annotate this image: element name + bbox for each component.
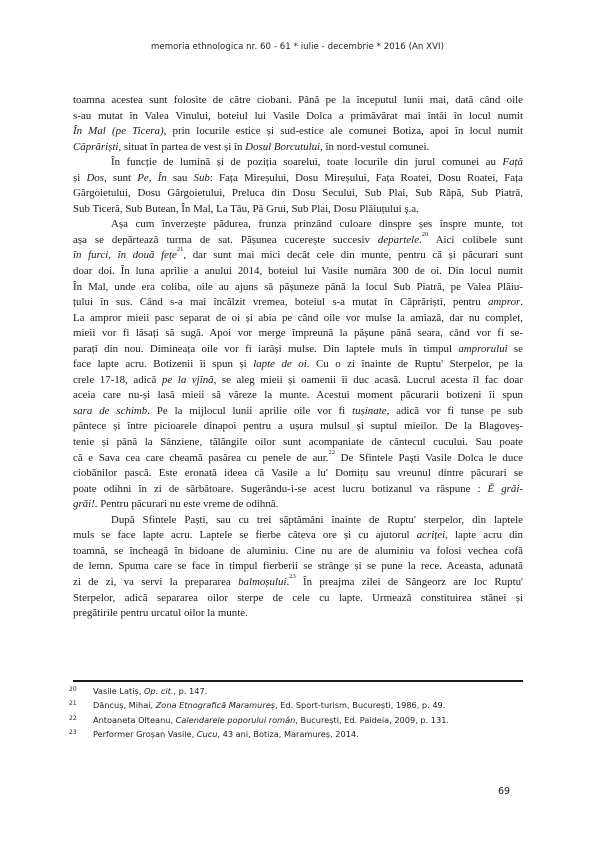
- text-run: poate odihni în zi de sărbătoare. Sugerâ…: [73, 483, 488, 495]
- text-run: Aici colibele sunt: [428, 234, 523, 246]
- italic-term: Calendarele poporului român: [176, 715, 296, 725]
- text-line: că e Sava cea care cheamă pasărea cu pen…: [73, 451, 523, 467]
- footnote-ref[interactable]: 20: [422, 231, 429, 238]
- footnote-text: Vasile Latiș, Op. cit., p. 147.: [93, 684, 207, 698]
- italic-term: pe la vjînă: [162, 374, 214, 386]
- text-line: pântece și între picioarele dinapoi pent…: [73, 419, 523, 435]
- italic-term: Zona Etnografică Maramureș: [156, 700, 275, 710]
- text-run: , prin locurile estice și sud-estice ale…: [164, 125, 523, 137]
- text-run: ciobănilor pască. Este eronată ideea că …: [73, 467, 523, 479]
- text-line: poate odihni în zi de sărbătoare. Sugerâ…: [73, 482, 523, 498]
- footnote: 23Performer Groșan Vasile, Cucu, 43 ani,…: [65, 727, 525, 741]
- text-run: , p. 147.: [173, 686, 207, 696]
- italic-term: Pe: [137, 172, 149, 184]
- footnote-text: Performer Groșan Vasile, Cucu, 43 ani, B…: [93, 727, 359, 741]
- text-run: că e Sava cea care cheamă pasărea cu pen…: [73, 452, 329, 464]
- text-run: : Fața Mireșului, Dosu Mireșului, Fața R…: [210, 172, 523, 184]
- text-line: Așa cum înverzește pădurea, frunza prinz…: [73, 217, 523, 233]
- footnote-number: 22: [65, 712, 93, 726]
- italic-term: amprorului: [458, 343, 507, 355]
- footnote-ref[interactable]: 21: [177, 246, 184, 253]
- text-run: și: [73, 172, 86, 184]
- italic-term: Căprăriști: [73, 141, 118, 153]
- text-line: așa se depărtează turma de sat. Pășunea …: [73, 233, 523, 249]
- text-run: , se aleg mieii și oamenii îi duc acasă.…: [214, 374, 523, 386]
- text-line: Căprăriști, situat în partea de vest și …: [73, 140, 523, 156]
- text-line: Sub Ticeră, Sub Butean, În Mal, La Tău, …: [73, 202, 523, 218]
- italic-term: grăi!: [73, 498, 95, 510]
- text-line: ciobănilor pască. Este eronată ideea că …: [73, 466, 523, 482]
- text-run: , sunt: [104, 172, 137, 184]
- text-run: zi de zi, va servi la prepararea: [73, 576, 238, 588]
- text-run: doar doi. În luna aprilie a anului 2014,…: [73, 265, 523, 277]
- text-run: țului în sus. Când s-a mai încălzit vrem…: [73, 296, 488, 308]
- text-run: s-au mutat în Valea Vinului, boteiul lui…: [73, 110, 523, 122]
- text-run: aceia care nu-și lasă mieii să văreze la…: [73, 389, 523, 401]
- text-line: mieii vor fi lăsați să sugă. Apoi vor me…: [73, 326, 523, 342]
- text-run: , în nord-vestul comunei.: [320, 141, 429, 153]
- italic-term: Sub: [194, 172, 210, 184]
- text-run: În Mal, unde era coliba, oile au ajuns s…: [73, 281, 523, 293]
- text-run: , 43 ani, Botiza, Maramureș, 2014.: [217, 729, 358, 739]
- italic-term: sara de schimb: [73, 405, 147, 417]
- text-run: . Pentru păcurari nu este vreme de odihn…: [95, 498, 279, 510]
- text-line: toamna acestea sunt folosite de către ci…: [73, 93, 523, 109]
- text-run: La ampror mieii pasc separat de oi și ab…: [73, 312, 523, 324]
- text-run: Performer Groșan Vasile,: [93, 729, 197, 739]
- text-line: După Sfintele Paști, sau cu trei săptămâ…: [73, 513, 523, 529]
- text-line: doar doi. În luna aprilie a anului 2014,…: [73, 264, 523, 280]
- text-run: , București, Ed. Paideia, 2009, p. 131.: [295, 715, 449, 725]
- text-run: de lemn. Spuma care se face în timpul fi…: [73, 560, 523, 572]
- text-line: face lapte acru. Botizenii îi spun și la…: [73, 357, 523, 373]
- page-number: 69: [498, 786, 510, 797]
- text-line: tenie și până la Sânziene, tălăngile oil…: [73, 435, 523, 451]
- text-run: pregătirile pentru urcatul oilor la munt…: [73, 607, 248, 619]
- text-run: În preajma zilei de Sângeorz are loc Rup…: [296, 576, 523, 588]
- italic-term: balmoșului: [238, 576, 286, 588]
- italic-term: acriței: [417, 529, 445, 541]
- running-head: memoria ethnologica nr. 60 - 61 * iulie …: [0, 42, 595, 52]
- text-run: așa se depărtează turma de sat. Pășunea …: [73, 234, 378, 246]
- text-run: Așa cum înverzește pădurea, frunza prinz…: [111, 218, 523, 230]
- italic-term: Dos: [86, 172, 104, 184]
- italic-term: în furci, în două fețe: [73, 249, 177, 261]
- text-run: Sterpelor, adică separarea oilor sterpe …: [73, 592, 523, 604]
- text-line: de lemn. Spuma care se face în timpul fi…: [73, 559, 523, 575]
- footnote-separator-rule: [73, 680, 523, 682]
- text-run: Dăncuș, Mihai,: [93, 700, 156, 710]
- text-line: s-au mutat în Valea Vinului, boteiul lui…: [73, 109, 523, 125]
- footnote: 20Vasile Latiș, Op. cit., p. 147.: [65, 684, 525, 698]
- italic-term: În Mal (pe Ticera): [73, 125, 164, 137]
- italic-term: În: [158, 172, 167, 184]
- footnote-number: 20: [65, 683, 93, 697]
- footnote-ref[interactable]: 23: [289, 573, 296, 580]
- text-run: crele 17-18, adică: [73, 374, 162, 386]
- text-run: De Sfintele Paști Vasile Dolca le duce: [335, 452, 523, 464]
- footnotes: 20Vasile Latiș, Op. cit., p. 147.21Dăncu…: [65, 684, 525, 741]
- text-line: toamnă, se încheagă în bidoane de alumin…: [73, 544, 523, 560]
- text-line: Sterpelor, adică separarea oilor sterpe …: [73, 591, 523, 607]
- footnote-ref[interactable]: 22: [329, 449, 336, 456]
- text-run: .: [520, 296, 523, 308]
- text-run: Vasile Latiș,: [93, 686, 144, 696]
- text-line: muls se face lapte acru. Laptele se fier…: [73, 528, 523, 544]
- footnote-number: 21: [65, 697, 93, 711]
- text-run: ,: [149, 172, 158, 184]
- text-run: face lapte acru. Botizenii îi spun și: [73, 358, 253, 370]
- italic-term: lapte de oi: [253, 358, 307, 370]
- italic-term: Față: [502, 156, 523, 168]
- italic-term: tușinate: [352, 405, 387, 417]
- text-run: , adică vor fi tunse pe sub: [387, 405, 523, 417]
- text-line: țului în sus. Când s-a mai încălzit vrem…: [73, 295, 523, 311]
- italic-term: Op. cit.: [144, 686, 173, 696]
- text-line: În Mal, unde era coliba, oile au ajuns s…: [73, 280, 523, 296]
- text-run: sau: [167, 172, 194, 184]
- italic-term: departele: [378, 234, 419, 246]
- text-run: , lapte acru din: [445, 529, 523, 541]
- italic-term: Dosul Borcutului: [245, 141, 320, 153]
- text-line: În Mal (pe Ticera), prin locurile estice…: [73, 124, 523, 140]
- italic-term: Ě grăi-: [488, 483, 523, 495]
- text-run: toamnă, se încheagă în bidoane de alumin…: [73, 545, 523, 557]
- text-line: crele 17-18, adică pe la vjînă, se aleg …: [73, 373, 523, 389]
- footnote: 22Antoaneta Olteanu, Calendarele poporul…: [65, 713, 525, 727]
- text-line: zi de zi, va servi la prepararea balmoșu…: [73, 575, 523, 591]
- text-run: Antoaneta Olteanu,: [93, 715, 176, 725]
- text-run: . Pe la mijlocul lunii aprilie oile vor …: [147, 405, 352, 417]
- text-run: , situat în partea de vest și în: [118, 141, 245, 153]
- text-line: În funcție de lumină și de poziția soare…: [73, 155, 523, 171]
- text-run: toamna acestea sunt folosite de către ci…: [73, 94, 523, 106]
- footnote-text: Dăncuș, Mihai, Zona Etnografică Maramure…: [93, 698, 445, 712]
- text-run: , Ed. Sport-turism, București, 1986, p. …: [275, 700, 445, 710]
- text-line: grăi!. Pentru păcurari nu este vreme de …: [73, 497, 523, 513]
- text-run: După Sfintele Paști, sau cu trei săptămâ…: [111, 514, 523, 526]
- text-line: în furci, în două fețe21, dar sunt mai m…: [73, 248, 523, 264]
- text-line: pregătirile pentru urcatul oilor la munt…: [73, 606, 523, 622]
- text-run: Sub Ticeră, Sub Butean, În Mal, La Tău, …: [73, 203, 419, 215]
- italic-term: Cucu: [197, 729, 218, 739]
- text-line: aceia care nu-și lasă mieii să văreze la…: [73, 388, 523, 404]
- text-line: parați din nou. Dimineața oile vor fi ia…: [73, 342, 523, 358]
- article-body: toamna acestea sunt folosite de către ci…: [73, 93, 523, 622]
- text-run: pântece și între picioarele dinapoi pent…: [73, 420, 523, 432]
- text-run: mieii vor fi lăsați să sugă. Apoi vor me…: [73, 327, 523, 339]
- text-run: se: [508, 343, 523, 355]
- text-run: muls se face lapte acru. Laptele se fier…: [73, 529, 417, 541]
- text-run: parați din nou. Dimineața oile vor fi ia…: [73, 343, 458, 355]
- text-run: În funcție de lumină și de poziția soare…: [111, 156, 502, 168]
- footnote-text: Antoaneta Olteanu, Calendarele poporului…: [93, 713, 449, 727]
- text-run: , dar sunt mai mici decât cele din munte…: [183, 249, 523, 261]
- text-line: sara de schimb. Pe la mijlocul lunii apr…: [73, 404, 523, 420]
- text-line: La ampror mieii pasc separat de oi și ab…: [73, 311, 523, 327]
- text-run: Gârgoietului, Dosu Gârgoietului, Preluca…: [73, 187, 523, 199]
- text-run: . Cu o zi înainte de Ruptu' Sterpelor, p…: [307, 358, 523, 370]
- text-run: tenie și până la Sânziene, tălăngile oil…: [73, 436, 523, 448]
- text-line: Gârgoietului, Dosu Gârgoietului, Preluca…: [73, 186, 523, 202]
- footnote-number: 23: [65, 726, 93, 740]
- text-line: și Dos, sunt Pe, În sau Sub: Fața Mireșu…: [73, 171, 523, 187]
- italic-term: ampror: [488, 296, 520, 308]
- footnote: 21Dăncuș, Mihai, Zona Etnografică Maramu…: [65, 698, 525, 712]
